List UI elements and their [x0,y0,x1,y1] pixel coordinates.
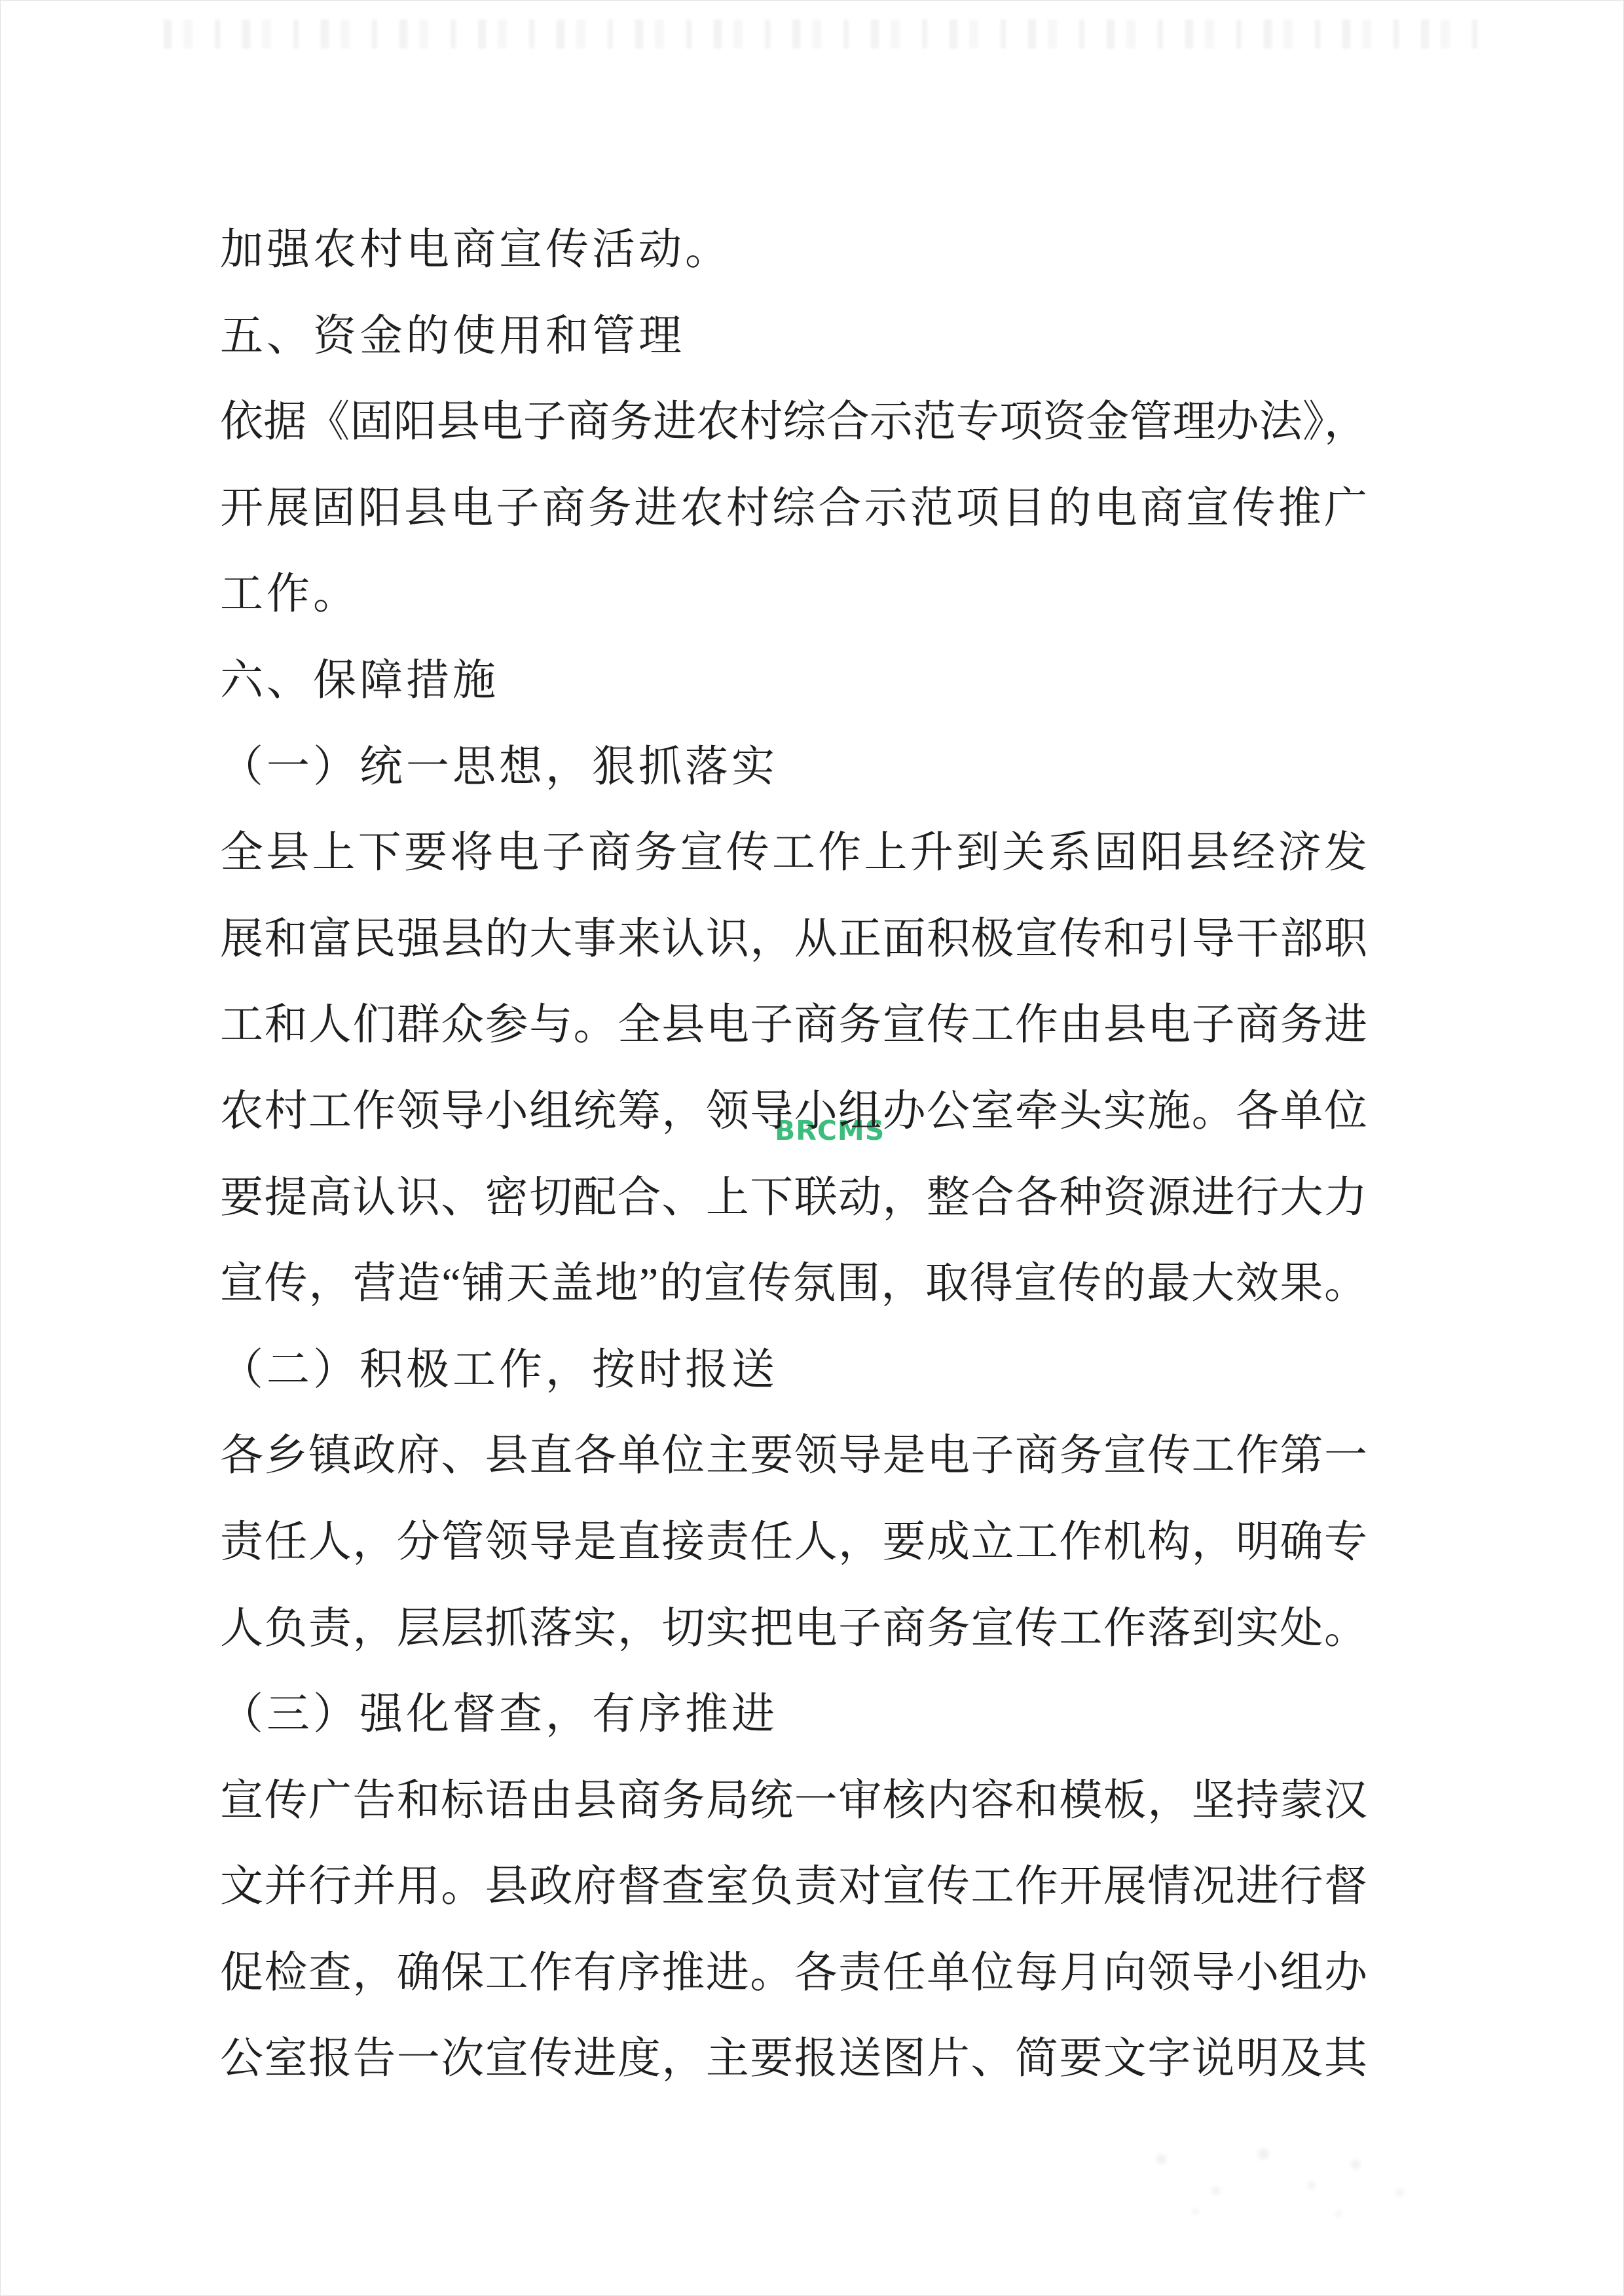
section-heading-line: 五、资金的使用和管理 [220,293,1367,380]
document-line: 宣传，营造“铺天盖地”的宣传氛围，取得宣传的最大效果。 [220,1241,1367,1327]
document-line: 工和人们群众参与。全县电子商务宣传工作由县电子商务进 [220,982,1367,1068]
document-line: 工作。 [220,551,1367,638]
document-line: 全县上下要将电子商务宣传工作上升到关系固阳县经济发 [220,810,1367,896]
text-block: 加强农村电商宣传活动。五、资金的使用和管理依据《固阳县电子商务进农村综合示范专项… [220,207,1367,2102]
document-line: 公室报告一次宣传进度，主要报送图片、简要文字说明及其 [220,2016,1367,2102]
scan-artifact-bottom [1100,2128,1441,2232]
document-line: 责任人，分管领导是直接责任人，要成立工作机构，明确专 [220,1499,1367,1586]
document-line: 各乡镇政府、县直各单位主要领导是电子商务宣传工作第一 [220,1413,1367,1499]
document-line: 要提高认识、密切配合、上下联动，整合各种资源进行大力 [220,1155,1367,1241]
document-line: 促检查，确保工作有序推进。各责任单位每月向领导小组办 [220,1930,1367,2016]
document-line: 依据《固阳县电子商务进农村综合示范专项资金管理办法》， [220,379,1367,465]
document-page: BRCMS 加强农村电商宣传活动。五、资金的使用和管理依据《固阳县电子商务进农村… [0,0,1624,2296]
section-heading-line: （三）强化督查，有序推进 [220,1671,1367,1758]
document-line: 加强农村电商宣传活动。 [220,207,1367,293]
section-heading-line: （一）统一思想，狠抓落实 [220,724,1367,811]
document-line: 开展固阳县电子商务进农村综合示范项目的电商宣传推广 [220,465,1367,552]
document-line: 人负责，层层抓落实，切实把电子商务宣传工作落到实处。 [220,1586,1367,1672]
document-line: 农村工作领导小组统筹，领导小组办公室牵头实施。各单位 [220,1068,1367,1155]
document-line: 宣传广告和标语由县商务局统一审核内容和模板，坚持蒙汉 [220,1758,1367,1844]
document-line: 展和富民强县的大事来认识，从正面积极宣传和引导干部职 [220,896,1367,983]
section-heading-line: 六、保障措施 [220,638,1367,724]
scan-artifact-top [164,20,1500,48]
section-heading-line: （二）积极工作，按时报送 [220,1327,1367,1413]
document-line: 文并行并用。县政府督查室负责对宣传工作开展情况进行督 [220,1844,1367,1930]
